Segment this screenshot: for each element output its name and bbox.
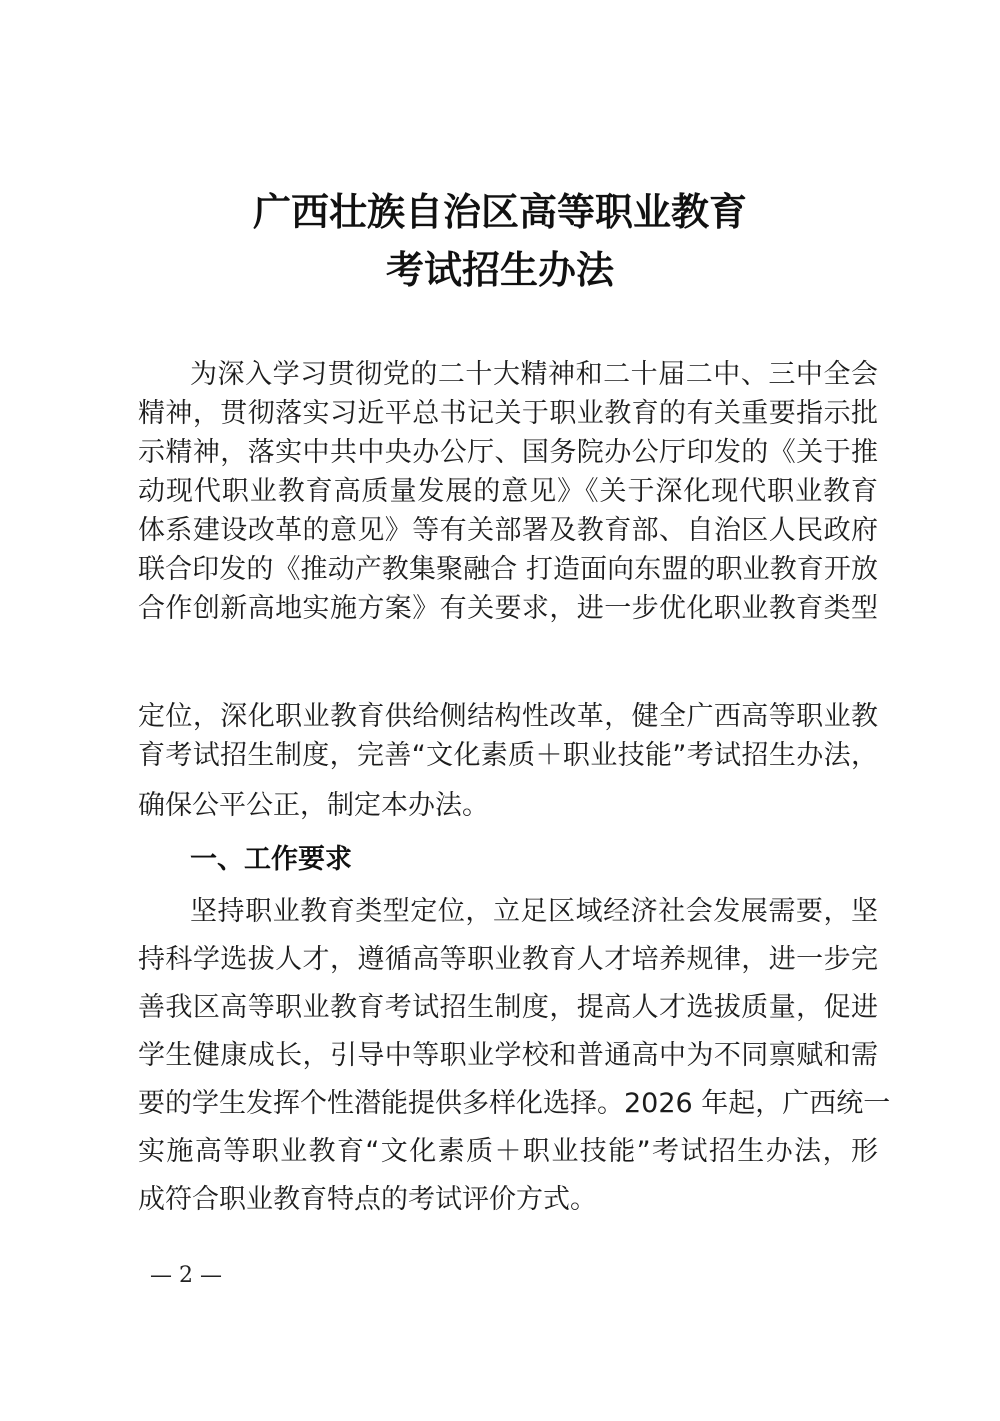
paragraph-line: 精神，贯彻落实习近平总书记关于职业教育的有关重要指示批 bbox=[138, 397, 878, 431]
page-number: — 2 — bbox=[150, 1262, 222, 1290]
paragraph-line: 实施高等职业教育“文化素质＋职业技能”考试招生办法，形 bbox=[138, 1135, 878, 1169]
paragraph-line: 体系建设改革的意见》等有关部署及教育部、自治区人民政府 bbox=[138, 514, 878, 548]
paragraph-line: 成符合职业教育特点的考试评价方式。 bbox=[138, 1183, 878, 1217]
paragraph-line: 为深入学习贯彻党的二十大精神和二十届二中、三中全会 bbox=[190, 358, 878, 392]
paragraph-line: 育考试招生制度，完善“文化素质＋职业技能”考试招生办法， bbox=[138, 739, 878, 773]
paragraph-line: 坚持职业教育类型定位，立足区域经济社会发展需要，坚 bbox=[190, 895, 878, 929]
paragraph-line: 学生健康成长，引导中等职业学校和普通高中为不同禀赋和需 bbox=[138, 1039, 878, 1073]
paragraph-line: 合作创新高地实施方案》有关要求，进一步优化职业教育类型 bbox=[138, 592, 878, 626]
paragraph-line: 善我区高等职业教育考试招生制度，提高人才选拔质量，促进 bbox=[138, 991, 878, 1025]
paragraph-line: 示精神，落实中共中央办公厅、国务院办公厅印发的《关于推 bbox=[138, 436, 878, 470]
document-title-line-2: 考试招生办法 bbox=[0, 248, 1000, 292]
document-page: 广西壮族自治区高等职业教育 考试招生办法 为深入学习贯彻党的二十大精神和二十届二… bbox=[0, 0, 1000, 1421]
section-heading-work-requirements: 一、工作要求 bbox=[190, 843, 352, 877]
paragraph-line: 要的学生发挥个性潜能提供多样化选择。2026 年起，广西统一 bbox=[138, 1087, 878, 1121]
paragraph-line: 定位，深化职业教育供给侧结构性改革，健全广西高等职业教 bbox=[138, 700, 878, 734]
paragraph-line: 持科学选拔人才，遵循高等职业教育人才培养规律，进一步完 bbox=[138, 943, 878, 977]
paragraph-line: 确保公平公正，制定本办法。 bbox=[138, 789, 878, 823]
paragraph-line: 动现代职业教育高质量发展的意见》《关于深化现代职业教育 bbox=[138, 475, 878, 509]
paragraph-line: 联合印发的《推动产教集聚融合 打造面向东盟的职业教育开放 bbox=[138, 553, 878, 587]
document-title-line-1: 广西壮族自治区高等职业教育 bbox=[0, 190, 1000, 234]
